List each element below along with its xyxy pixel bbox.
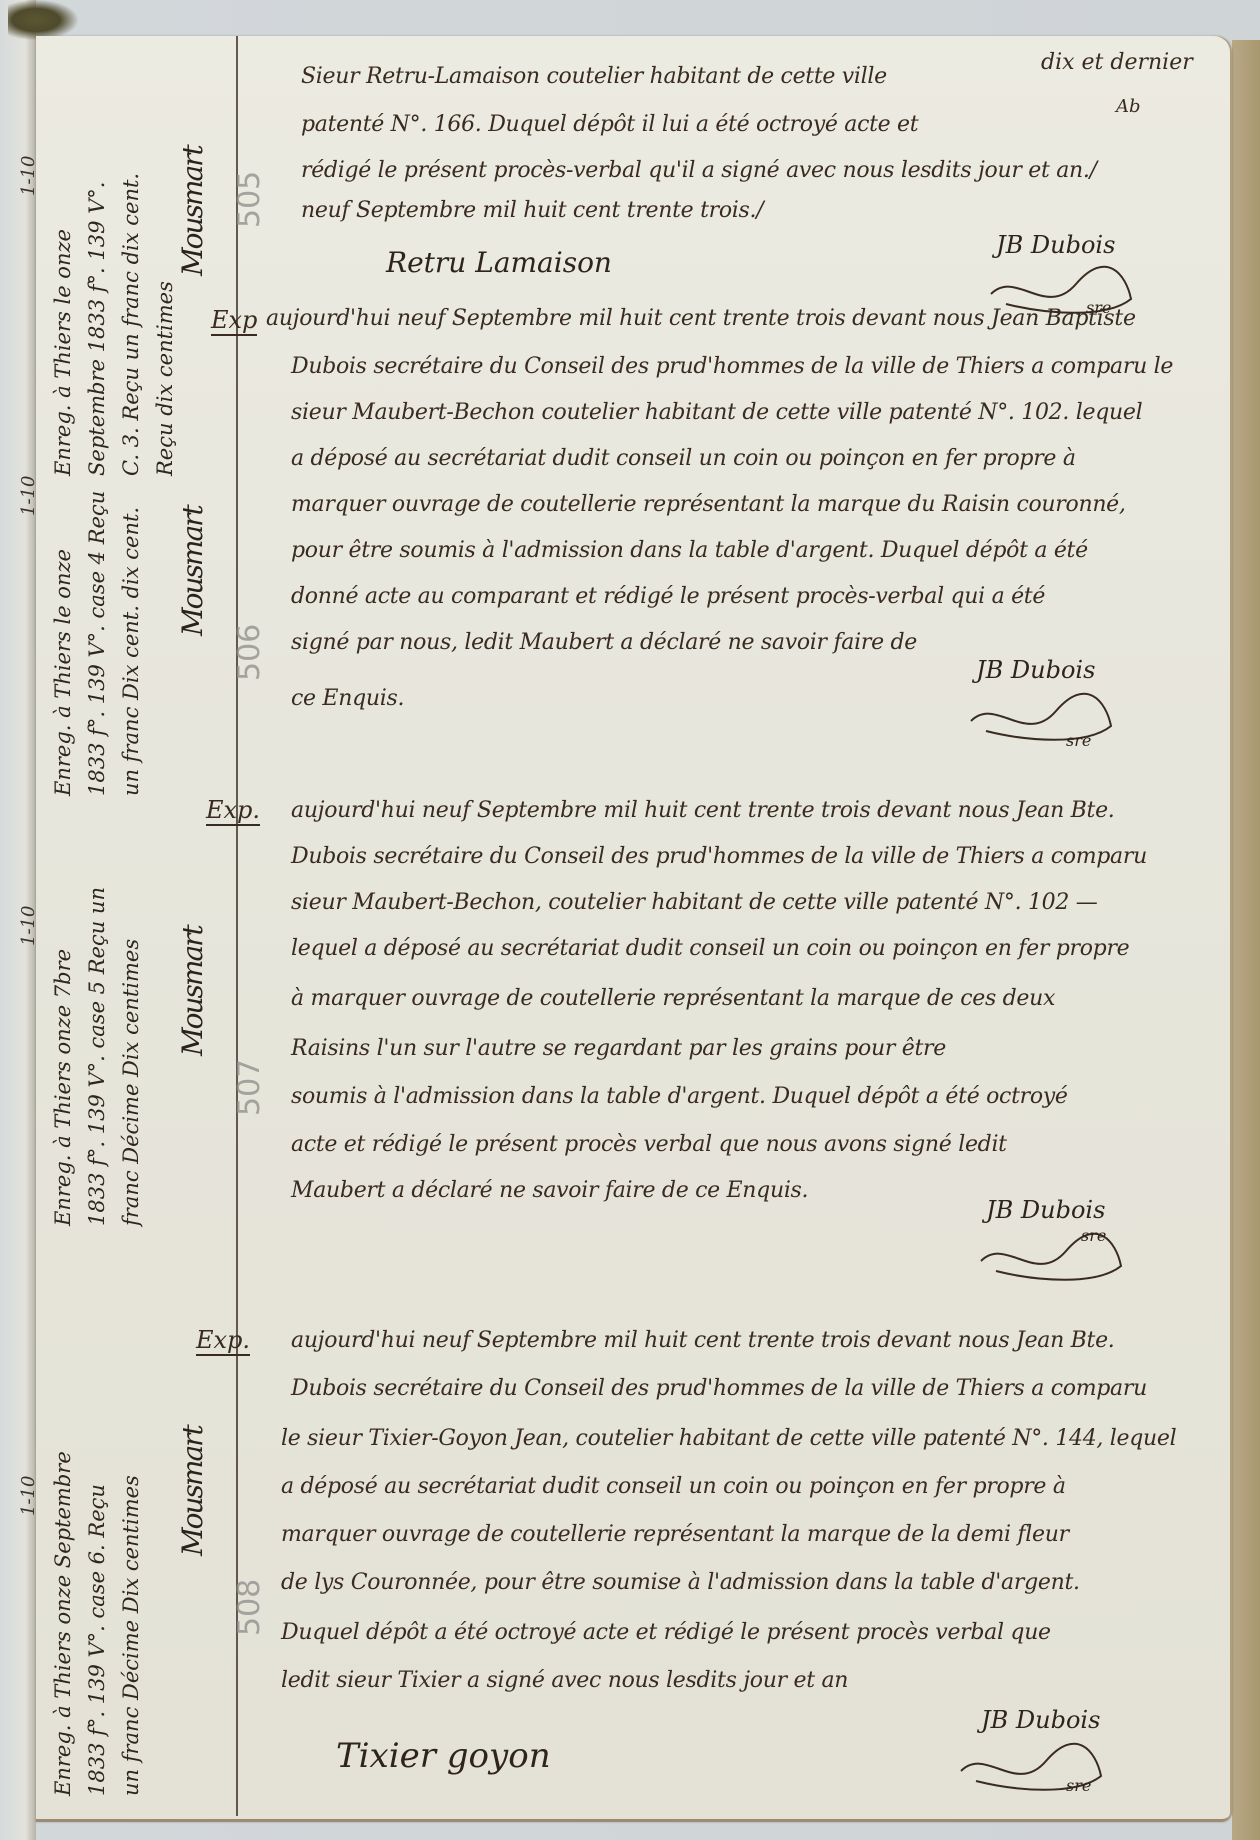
entry-507-line-7: soumis à l'admission dans la table d'arg…	[291, 1084, 1068, 1109]
entry-506-line-1: aujourd'hui neuf Septembre mil huit cent…	[266, 306, 1136, 331]
margin-note-505: 1-10 Enreg. à Thiers le onze Septembre 1…	[46, 173, 182, 476]
entry-508-line-7: Duquel dépôt a été octroyé acte et rédig…	[281, 1620, 1051, 1645]
signature-dubois: JB Dubois	[996, 231, 1115, 259]
entry-506-line-8: signé par nous, ledit Maubert a déclaré …	[291, 630, 917, 655]
entry-507-line-8: acte et rédigé le présent procès verbal …	[291, 1132, 1007, 1157]
binding-thread	[8, 0, 78, 40]
margin-fraction: 1-10	[12, 156, 46, 196]
margin-note-line: Enreg. à Thiers le onze	[46, 173, 80, 476]
signature-suffix: sre	[1066, 731, 1091, 750]
entry-506-line-4: a déposé au secrétariat dudit conseil un…	[291, 446, 1076, 471]
top-right-initials: Ab	[1116, 96, 1141, 117]
paraph-508: Mousmart	[176, 1426, 209, 1556]
signature-tixier-goyon: Tixier goyon	[336, 1736, 551, 1776]
entry-505-line-4: neuf Septembre mil huit cent trente troi…	[301, 198, 763, 223]
paraph-506: Mousmart	[176, 506, 209, 636]
margin-note-line: 1833 f°. 139 V°. case 4 Reçu	[80, 491, 114, 796]
margin-note-line: C. 3. Reçu un franc dix cent.	[114, 173, 148, 476]
signature-suffix: sre	[1081, 1226, 1106, 1245]
signature-retru-lamaison: Retru Lamaison	[386, 246, 612, 279]
pencil-number-507: 507	[232, 1059, 267, 1116]
register-page: dix et dernier Ab Sieur Retru-Lamaison c…	[36, 36, 1232, 1822]
entry-508-line-6: de lys Couronnée, pour être soumise à l'…	[281, 1570, 1080, 1595]
signature-flourish-icon	[966, 691, 1116, 751]
entry-508-line-5: marquer ouvrage de coutellerie représent…	[281, 1522, 1069, 1547]
entry-506-line-5: marquer ouvrage de coutellerie représent…	[291, 492, 1126, 517]
entry-507-line-2: Dubois secrétaire du Conseil des prud'ho…	[291, 844, 1147, 869]
margin-note-line: Septembre 1833 f°. 139 V°.	[80, 173, 114, 476]
entry-508-line-2: Dubois secrétaire du Conseil des prud'ho…	[291, 1376, 1147, 1401]
signature-dubois: JB Dubois	[976, 656, 1095, 684]
exp-label-506: Exp	[211, 306, 257, 336]
entry-507-line-1: aujourd'hui neuf Septembre mil huit cent…	[291, 798, 1115, 823]
paraph-505: Mousmart	[176, 146, 209, 276]
margin-fraction: 1-10	[12, 476, 46, 516]
pencil-number-505: 505	[232, 171, 267, 228]
margin-note-line: un franc Dix cent. dix cent.	[114, 491, 148, 796]
margin-fraction: 1-10	[12, 906, 46, 946]
margin-note-506: 1-10 Enreg. à Thiers le onze 1833 f°. 13…	[46, 491, 148, 796]
exp-label-507: Exp.	[206, 796, 260, 826]
pencil-number-508: 508	[232, 1579, 267, 1636]
margin-note-line: Enreg. à Thiers le onze	[46, 491, 80, 796]
entry-505-line-3: rédigé le présent procès-verbal qu'il a …	[301, 158, 1097, 183]
signature-dubois: JB Dubois	[981, 1706, 1100, 1734]
pencil-number-506: 506	[232, 624, 267, 681]
entry-506-line-7: donné acte au comparant et rédigé le pré…	[291, 584, 1045, 609]
margin-note-507: 1-10 Enreg. à Thiers onze 7bre 1833 f°. …	[46, 887, 148, 1226]
margin-note-line: Enreg. à Thiers onze 7bre	[46, 887, 80, 1226]
entry-505-line-1: Sieur Retru-Lamaison coutelier habitant …	[301, 64, 887, 89]
entry-507-line-4: lequel a déposé au secrétariat dudit con…	[291, 936, 1129, 961]
entry-508-line-4: a déposé au secrétariat dudit conseil un…	[281, 1474, 1066, 1499]
margin-note-508: 1-10 Enreg. à Thiers onze Septembre 1833…	[46, 1451, 148, 1796]
entry-508-line-1: aujourd'hui neuf Septembre mil huit cent…	[291, 1328, 1115, 1353]
paraph-507: Mousmart	[176, 926, 209, 1056]
margin-note-line: Enreg. à Thiers onze Septembre	[46, 1451, 80, 1796]
entry-508-line-8: ledit sieur Tixier a signé avec nous les…	[281, 1668, 848, 1693]
margin-note-line: 1833 f°. 139 V°. case 5 Reçu un	[80, 887, 114, 1226]
entry-508-line-3: le sieur Tixier-Goyon Jean, coutelier ha…	[281, 1426, 1176, 1451]
entry-505-line-2: patenté N°. 166. Duquel dépôt il lui a é…	[301, 112, 918, 137]
entry-506-line-3: sieur Maubert-Bechon coutelier habitant …	[291, 400, 1142, 425]
margin-rule	[236, 36, 238, 1816]
margin-note-line: un franc Décime Dix centimes	[114, 1451, 148, 1796]
entry-506-line-9: ce Enquis.	[291, 686, 404, 711]
entry-507-line-5: à marquer ouvrage de coutellerie représe…	[291, 986, 1055, 1011]
signature-suffix: sre	[1066, 1776, 1091, 1795]
margin-note-line: 1833 f°. 139 V°. case 6. Reçu	[80, 1451, 114, 1796]
entry-507-line-3: sieur Maubert-Bechon, coutelier habitant…	[291, 890, 1097, 915]
register-cover-edge	[1232, 40, 1260, 1840]
entry-507-line-9: Maubert a déclaré ne savoir faire de ce …	[291, 1178, 808, 1203]
signature-dubois: JB Dubois	[986, 1196, 1105, 1224]
entry-507-line-6: Raisins l'un sur l'autre se regardant pa…	[291, 1036, 946, 1061]
margin-fraction: 1-10	[12, 1476, 46, 1516]
top-right-insert: dix et dernier	[1041, 50, 1193, 75]
margin-note-line: franc Décime Dix centimes	[114, 887, 148, 1226]
entry-506-line-2: Dubois secrétaire du Conseil des prud'ho…	[291, 354, 1173, 379]
exp-label-508: Exp.	[196, 1326, 250, 1356]
entry-506-line-6: pour être soumis à l'admission dans la t…	[291, 538, 1088, 563]
